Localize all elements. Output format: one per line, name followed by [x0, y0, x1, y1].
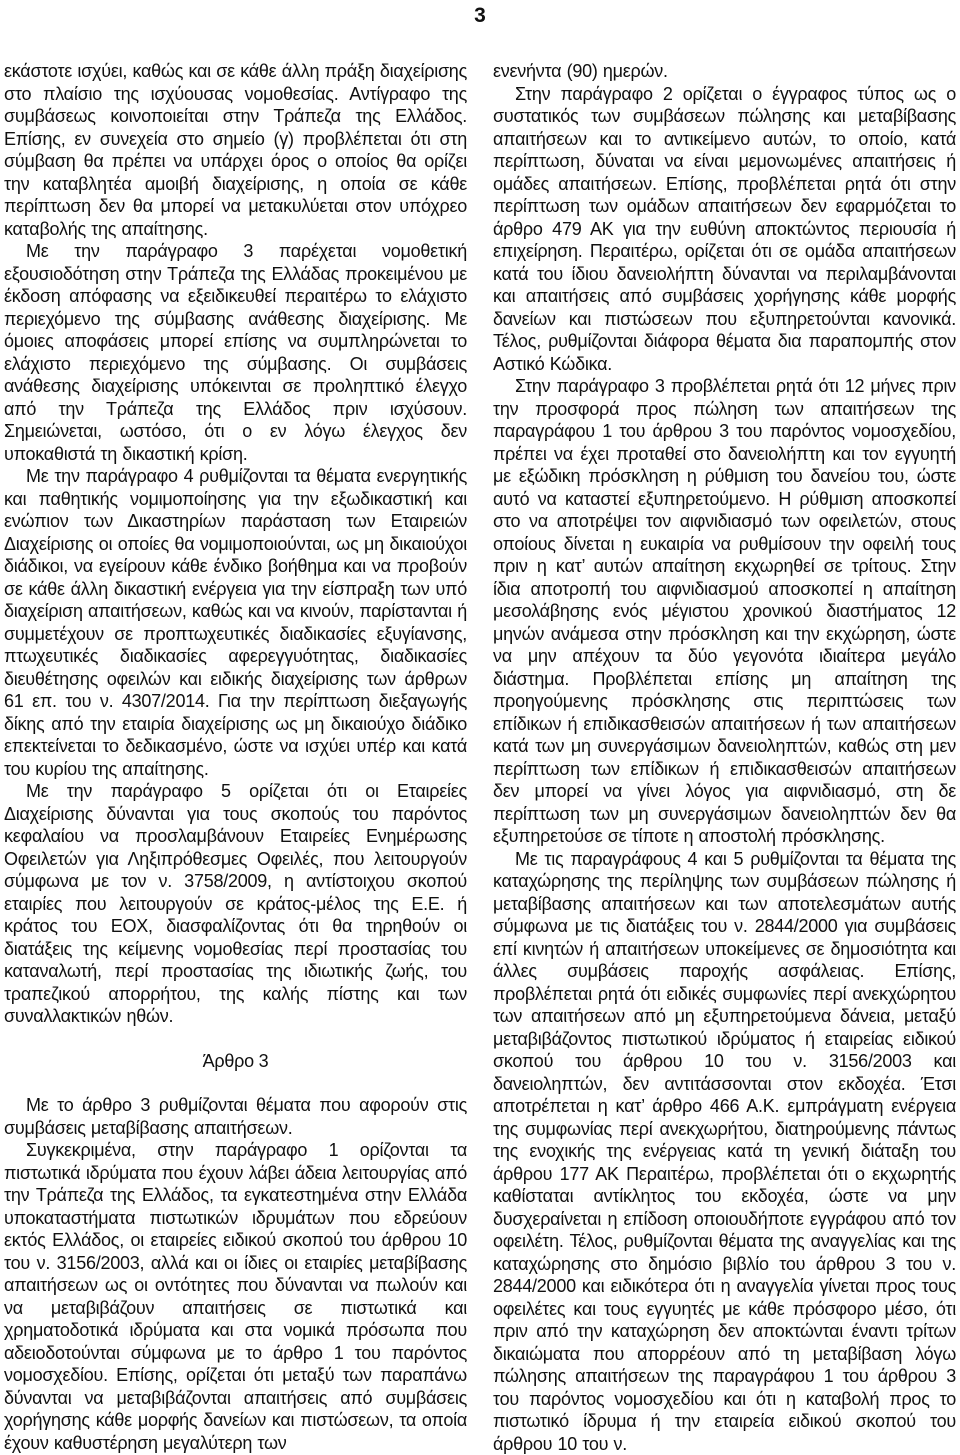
paragraph: Στην παράγραφο 2 ορίζεται ο έγγραφος τύπ… [493, 83, 956, 376]
paragraph: Με την παράγραφο 3 παρέχεται νομοθετική … [4, 240, 467, 465]
paragraph: Στην παράγραφο 3 προβλέπεται ρητά ότι 12… [493, 375, 956, 848]
paragraph: εκάστοτε ισχύει, καθώς και σε κάθε άλλη … [4, 60, 467, 240]
document-page: 3 εκάστοτε ισχύει, καθώς και σε κάθε άλλ… [0, 0, 960, 1455]
paragraph: Με την παράγραφο 4 ρυθμίζονται τα θέματα… [4, 465, 467, 780]
text-column-right: ενενήντα (90) ημερών. Στην παράγραφο 2 ο… [493, 60, 956, 1455]
text-column-left: εκάστοτε ισχύει, καθώς και σε κάθε άλλη … [4, 60, 467, 1455]
article-heading: Άρθρο 3 [4, 1050, 467, 1073]
page-number: 3 [0, 4, 960, 28]
paragraph: Με τις παραγράφους 4 και 5 ρυθμίζονται τ… [493, 848, 956, 1455]
paragraph: Με το άρθρο 3 ρυθμίζονται θέματα που αφο… [4, 1094, 467, 1139]
paragraph: ενενήντα (90) ημερών. [493, 60, 956, 83]
text-columns: εκάστοτε ισχύει, καθώς και σε κάθε άλλη … [4, 60, 956, 1455]
paragraph: Με την παράγραφο 5 ορίζεται ότι οι Εταιρ… [4, 780, 467, 1028]
paragraph: Συγκεκριμένα, στην παράγραφο 1 ορίζονται… [4, 1139, 467, 1454]
